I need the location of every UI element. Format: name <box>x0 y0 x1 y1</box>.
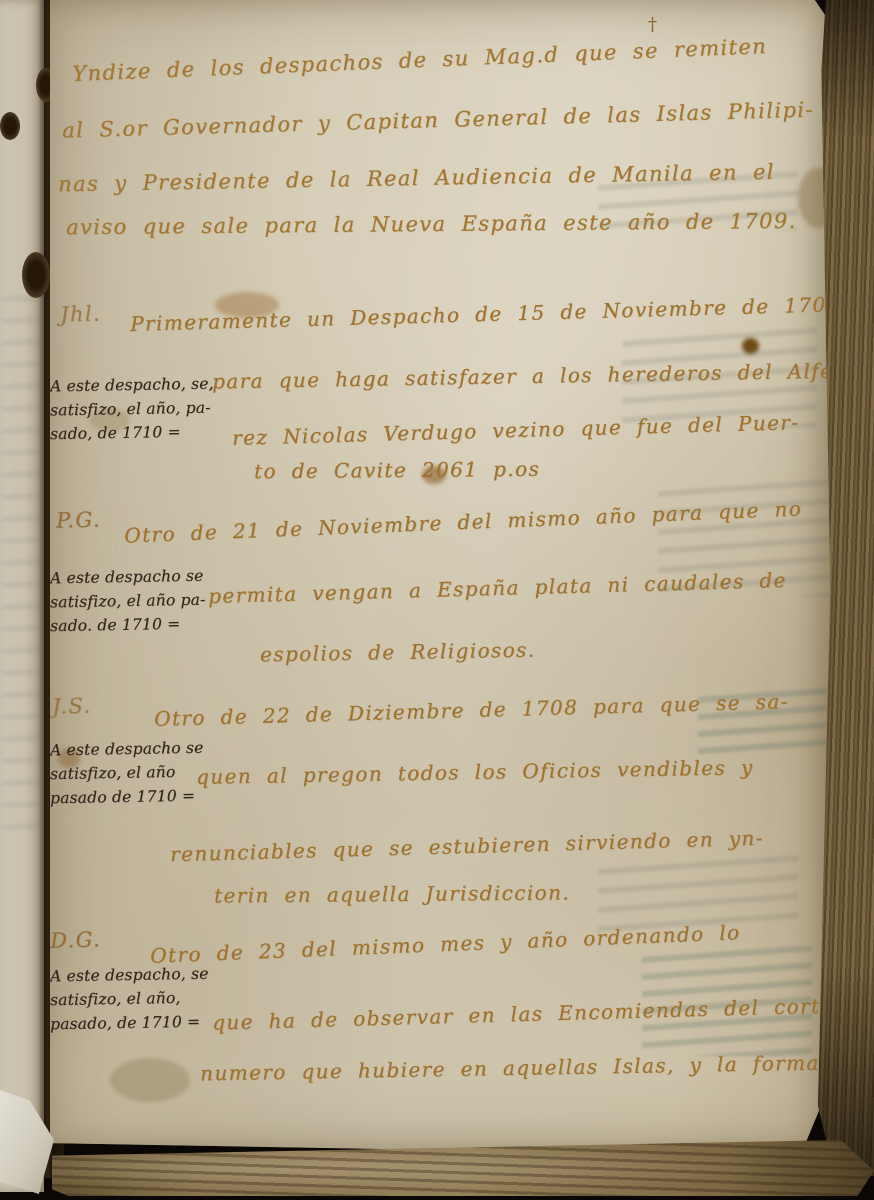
entry-line: espolios de Religiosos. <box>260 638 536 667</box>
ink-blot <box>0 112 20 140</box>
heading-line: al S.or Governador y Capitan General de … <box>62 98 814 143</box>
heading-line: aviso que sale para la Nueva España este… <box>66 209 797 239</box>
entry-line: quen al pregon todos los Oficios vendibl… <box>196 755 754 789</box>
heading-line: Yndize de los despachos de su Mag.d que … <box>72 34 768 86</box>
margin-note-line: A este despacho, se <box>50 965 209 986</box>
margin-note-line: sado. de 1710 = <box>50 615 181 635</box>
entry-siglum: J.S. <box>52 693 92 718</box>
showthrough-text <box>598 856 798 932</box>
entry-line: rez Nicolas Verdugo vezino que fue del P… <box>232 410 800 450</box>
entry-line: terin en aquella Jurisdiccion. <box>214 880 570 907</box>
manuscript-book-photo: 11 † Yndize de los despachos de su Mag.d… <box>0 0 874 1200</box>
page-stack-bottom-edge <box>52 1140 874 1196</box>
invocation-cross-icon: † <box>648 14 657 35</box>
margin-note-line: sado, de 1710 = <box>50 423 181 443</box>
margin-note-line: A este despacho, se, <box>50 375 214 396</box>
entry-siglum: Jhl. <box>60 301 102 326</box>
showthrough-left <box>2 280 40 840</box>
entry-siglum: D.G. <box>50 927 102 952</box>
entry-line: numero que hubiere en aquellas Islas, y … <box>200 1051 820 1086</box>
binding-stitch <box>22 252 50 298</box>
margin-note-line: pasado de 1710 = <box>50 787 195 808</box>
margin-note-line: pasado, de 1710 = <box>50 1013 201 1034</box>
margin-note-line: A este despacho se <box>50 739 204 760</box>
manuscript-page: 11 † Yndize de los despachos de su Mag.d… <box>50 0 832 1150</box>
margin-note-line: satisfizo, el año <box>50 763 176 783</box>
margin-note-line: A este despacho se <box>50 567 204 588</box>
margin-note-line: satisfizo, el año, <box>50 989 181 1009</box>
entry-siglum: P.G. <box>56 507 102 532</box>
entry-line: Otro de 22 de Diziembre de 1708 para que… <box>154 689 789 731</box>
entry-line: permita vengan a España plata ni caudale… <box>208 568 787 608</box>
stain <box>110 1058 190 1102</box>
entry-line: to de Cavite 2061 p.os <box>254 457 540 483</box>
margin-note-line: satisfizo, el año pa- <box>50 591 206 612</box>
margin-note-line: satisfizo, el año, pa- <box>50 399 211 420</box>
